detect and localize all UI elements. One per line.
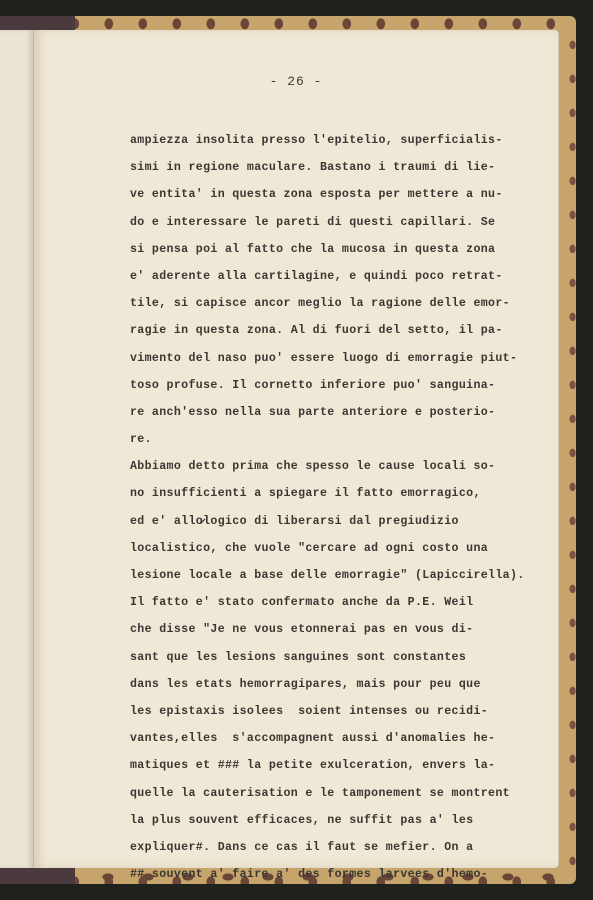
text-line: re anch'esso nella sua parte anteriore e… xyxy=(130,399,550,426)
text-line: matiques et ### la petite exulceration, … xyxy=(130,752,550,779)
text-line: no insufficienti a spiegare il fatto emo… xyxy=(130,480,550,507)
text-line: vimento del naso puo' essere luogo di em… xyxy=(130,345,550,372)
text-line: lesione locale a base delle emorragie" (… xyxy=(130,562,550,589)
text-line: ve entita' in questa zona esposta per me… xyxy=(130,181,550,208)
text-line: localistico, che vuole "cercare ad ogni … xyxy=(130,535,550,562)
text-line: ampiezza insolita presso l'epitelio, sup… xyxy=(130,127,550,154)
text-line: vantes,elles s'accompagnent aussi d'anom… xyxy=(130,725,550,752)
text-line: quelle la cauterisation e le tamponement… xyxy=(130,780,550,807)
text-line: re. xyxy=(130,426,550,453)
text-line: e' aderente alla cartilagine, e quindi p… xyxy=(130,263,550,290)
text-line: la plus souvent efficaces, ne suffit pas… xyxy=(130,807,550,834)
text-line: dans les etats hemorragipares, mais pour… xyxy=(130,671,550,698)
typewritten-text: ampiezza insolita presso l'epitelio, sup… xyxy=(130,127,550,888)
text-line: ed e' allo̷logico di liberarsi dal pregi… xyxy=(130,508,550,535)
text-line: Abbiamo detto prima che spesso le cause … xyxy=(130,453,550,480)
text-line: do e interessare le pareti di questi cap… xyxy=(130,209,550,236)
text-line: tile, si capisce ancor meglio la ragione… xyxy=(130,290,550,317)
text-line: ## souvent a' faire a' des formes larvee… xyxy=(130,861,550,888)
text-line: si pensa poi al fatto che la mucosa in q… xyxy=(130,236,550,263)
text-line: toso profuse. Il cornetto inferiore puo'… xyxy=(130,372,550,399)
text-line: sant que les lesions sanguines sont cons… xyxy=(130,644,550,671)
text-line: les epistaxis isolees soient intenses ou… xyxy=(130,698,550,725)
document-page: - 26 - ampiezza insolita presso l'epitel… xyxy=(34,30,558,868)
text-line: simi in regione maculare. Bastano i trau… xyxy=(130,154,550,181)
text-line: ragie in questa zona. Al di fuori del se… xyxy=(130,317,550,344)
text-line: expliquer#. Dans ce cas il faut se mefie… xyxy=(130,834,550,861)
page-number: - 26 - xyxy=(34,74,558,89)
left-page-edge xyxy=(0,30,34,868)
text-line: che disse "Je ne vous etonnerai pas en v… xyxy=(130,616,550,643)
text-line: Il fatto e' stato confermato anche da P.… xyxy=(130,589,550,616)
